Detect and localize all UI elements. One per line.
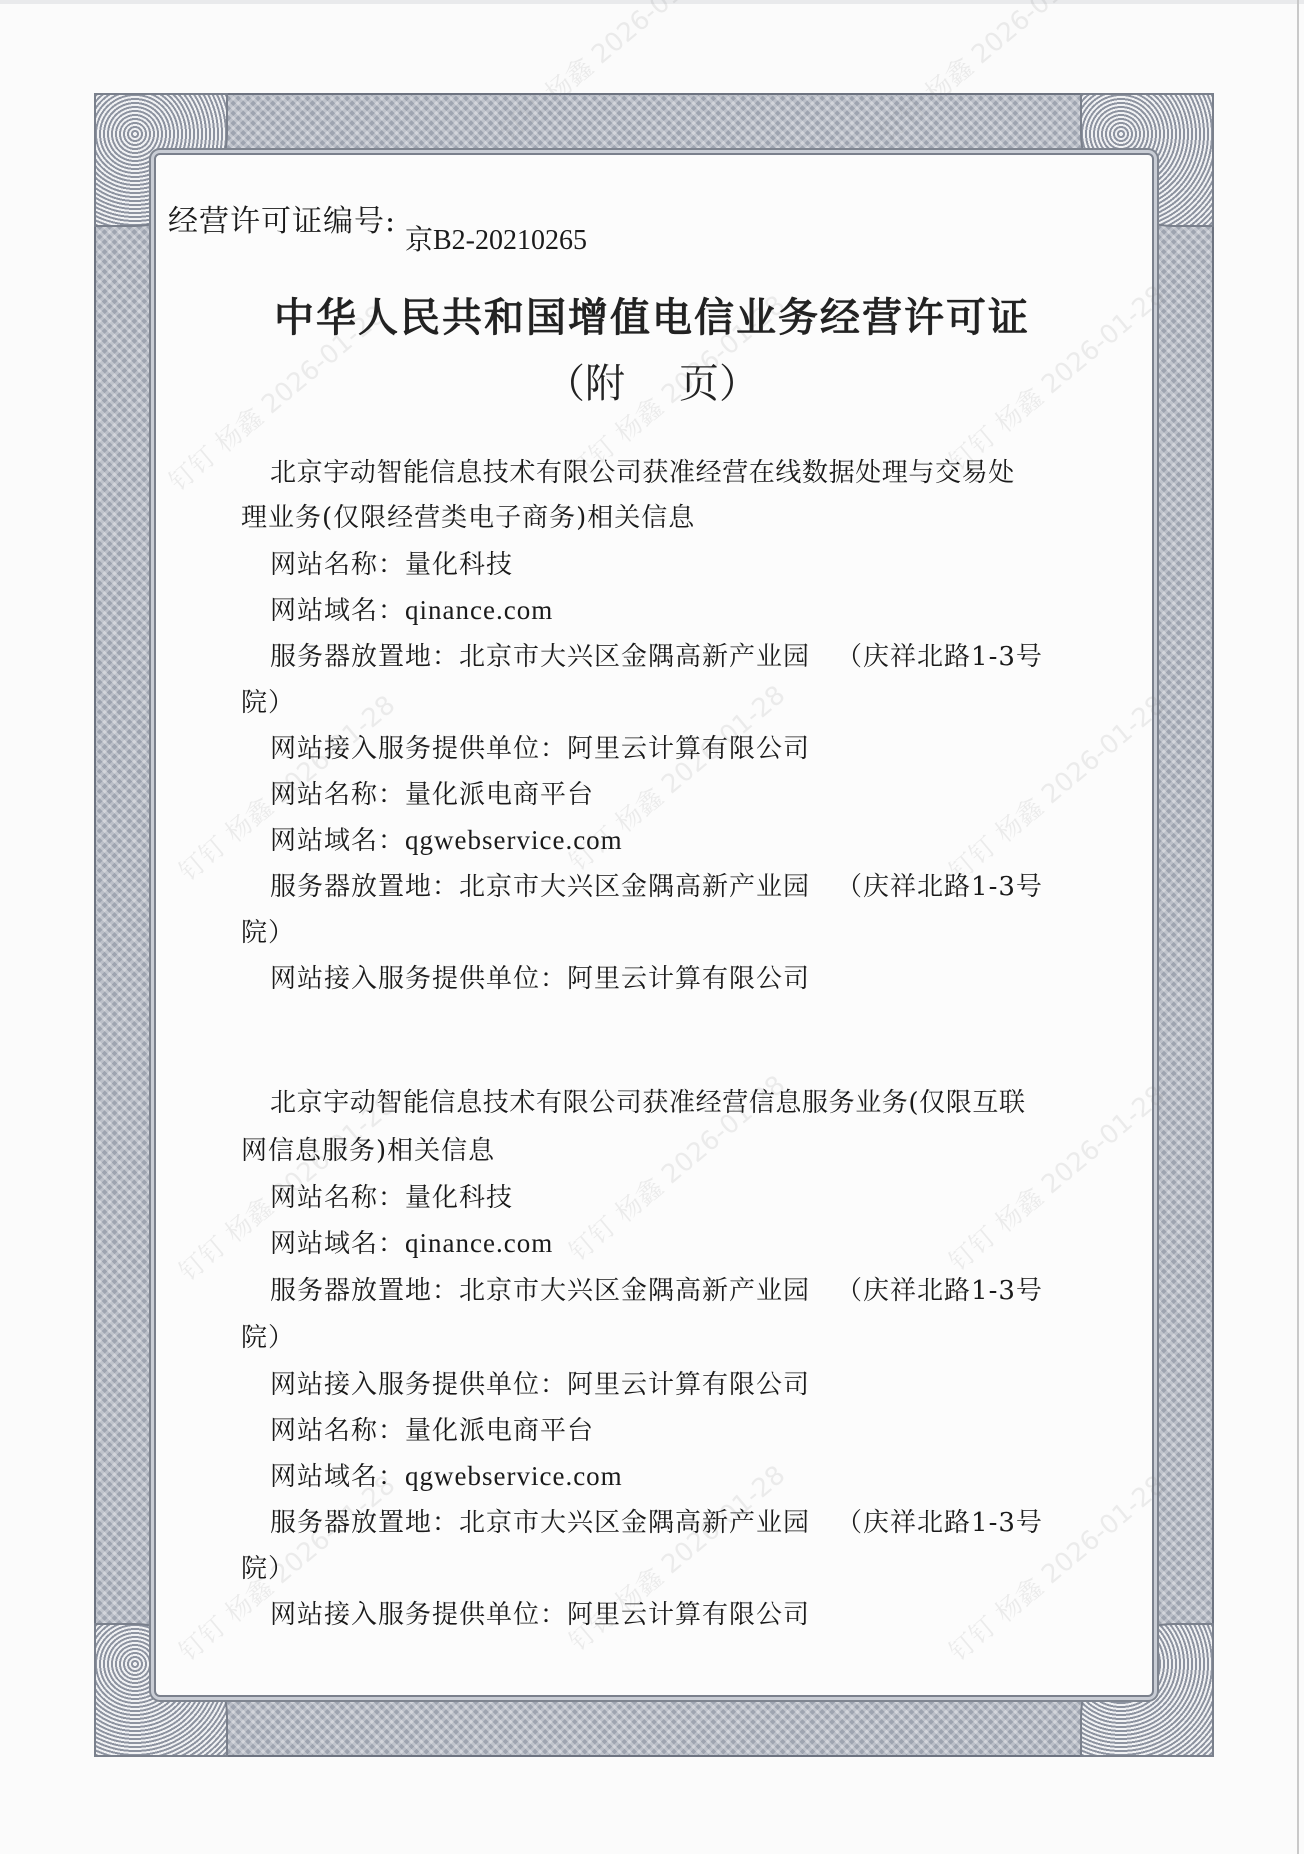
page-top-edge xyxy=(0,0,1304,4)
subtitle-open: （附 xyxy=(545,361,625,407)
server-location-wrap: 院） xyxy=(241,682,295,719)
server-location-row: 服务器放置地：北京市大兴区金隅高新产业园（庆祥北路1-3号 xyxy=(270,1502,1043,1539)
site-domain-row: 网站域名：qinance.com xyxy=(270,590,553,627)
site-name-row: 网站名称：量化派电商平台 xyxy=(270,1410,594,1447)
certificate-title: 中华人民共和国增值电信业务经营许可证 xyxy=(0,286,1304,343)
site-name-row: 网站名称：量化科技 xyxy=(270,544,513,581)
site-domain-row: 网站域名：qgwebservice.com xyxy=(270,1456,623,1493)
access-provider-row: 网站接入服务提供单位：阿里云计算有限公司 xyxy=(270,1594,810,1631)
license-number: 京B2-20210265 xyxy=(405,218,587,258)
access-provider-row: 网站接入服务提供单位：阿里云计算有限公司 xyxy=(270,728,810,765)
server-location-wrap: 院） xyxy=(241,912,295,949)
site-name-row: 网站名称：量化派电商平台 xyxy=(270,774,594,811)
server-location-wrap: 院） xyxy=(241,1317,295,1354)
page-right-edge xyxy=(1297,0,1299,1854)
server-location-row: 服务器放置地：北京市大兴区金隅高新产业园（庆祥北路1-3号 xyxy=(270,1270,1043,1307)
section-2-intro-line-1: 北京宇动智能信息技术有限公司获准经营信息服务业务(仅限互联 xyxy=(270,1082,1026,1119)
access-provider-row: 网站接入服务提供单位：阿里云计算有限公司 xyxy=(270,958,810,995)
server-location-row: 服务器放置地：北京市大兴区金隅高新产业园（庆祥北路1-3号 xyxy=(270,636,1043,673)
site-domain-row: 网站域名：qgwebservice.com xyxy=(270,820,623,857)
site-domain-row: 网站域名：qinance.com xyxy=(270,1223,553,1260)
access-provider-row: 网站接入服务提供单位：阿里云计算有限公司 xyxy=(270,1364,810,1401)
license-number-label: 经营许可证编号: xyxy=(168,196,396,240)
server-location-row: 服务器放置地：北京市大兴区金隅高新产业园（庆祥北路1-3号 xyxy=(270,866,1043,903)
section-2-intro-line-2: 网信息服务)相关信息 xyxy=(241,1130,495,1167)
subtitle-close: 页） xyxy=(679,361,759,407)
certificate-subtitle: （附页） xyxy=(0,352,1304,409)
section-1-intro-line-2: 理业务(仅限经营类电子商务)相关信息 xyxy=(241,497,695,534)
section-1-intro-line-1: 北京宇动智能信息技术有限公司获准经营在线数据处理与交易处 xyxy=(270,452,1015,489)
site-name-row: 网站名称：量化科技 xyxy=(270,1177,513,1214)
server-location-wrap: 院） xyxy=(241,1548,295,1585)
